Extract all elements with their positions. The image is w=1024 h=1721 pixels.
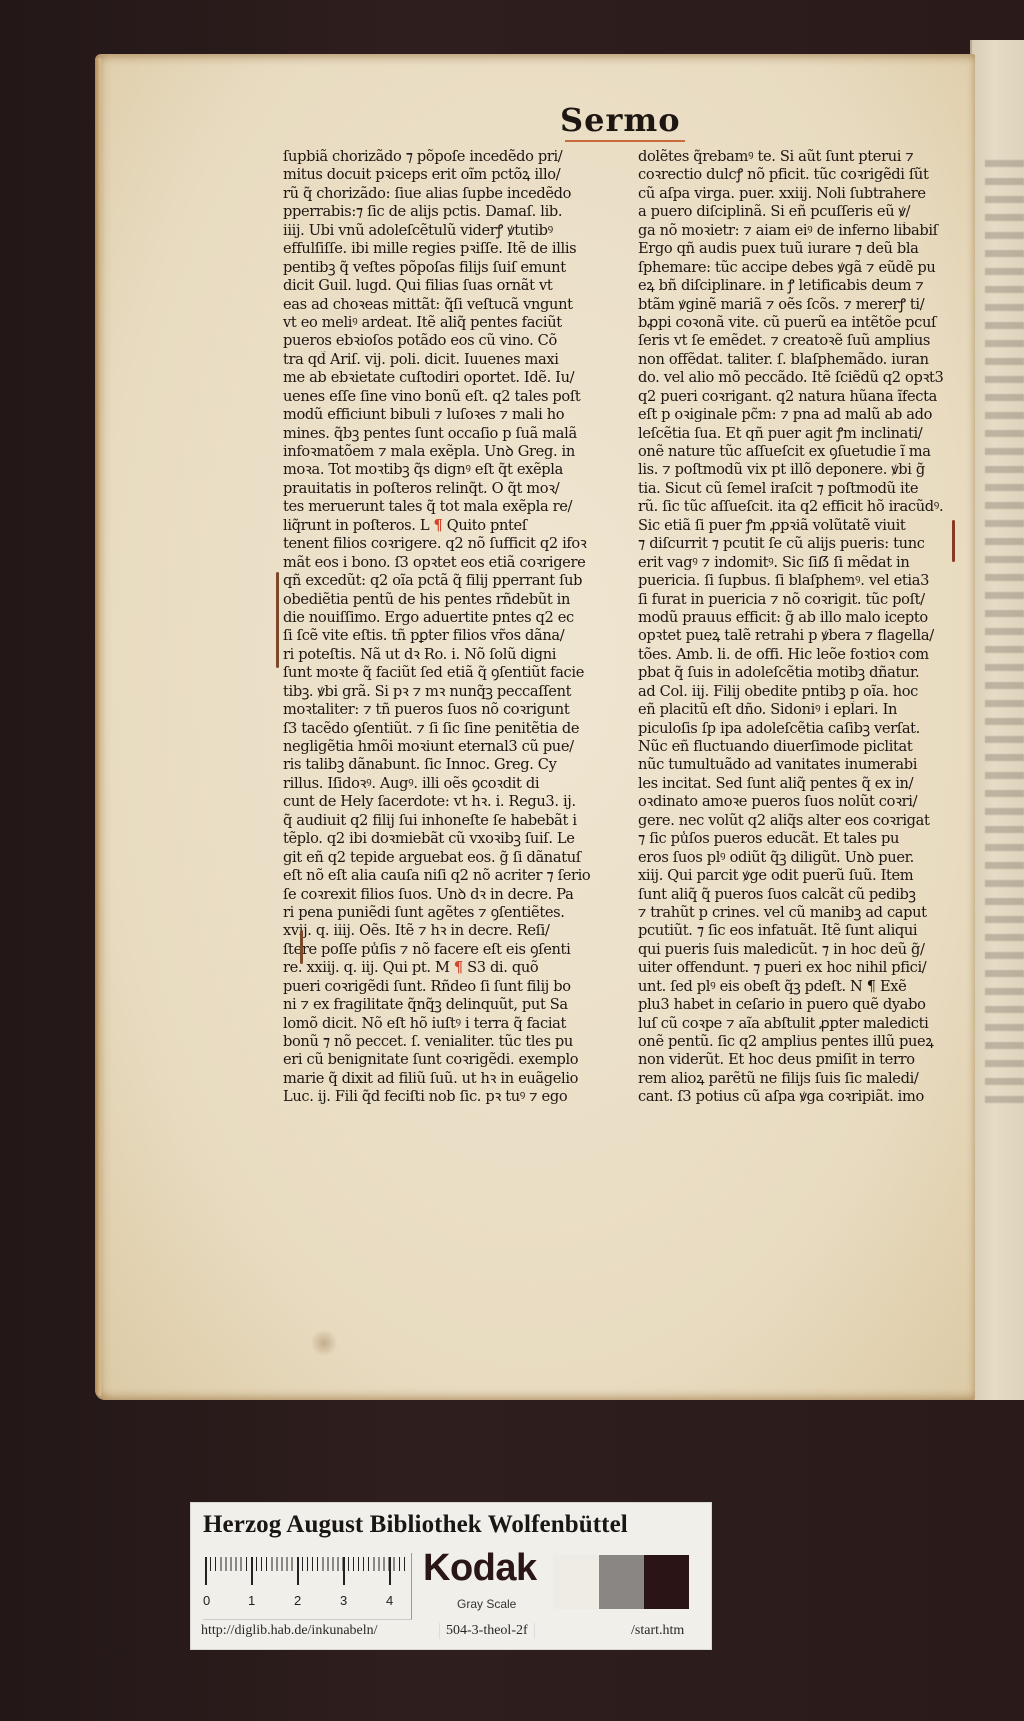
text-line: ſeris vt ſe emẽdet. ⁊ creatoꝛẽ ſuũ ampli… [638, 332, 950, 350]
text-line: ⁊ diſcurrit ⁊ pcutit ſe cũ alijs pueris:… [638, 535, 950, 553]
ruler-label: 0 [203, 1593, 210, 1608]
text-line: xvij. q. iiij. Oẽs. Itẽ ⁊ hꝛ in decre. R… [283, 922, 605, 940]
text-line: uiter offendunt. ⁊ pueri ex hoc nihil pf… [638, 959, 950, 977]
text-column-right: dolẽtes q̃rebamꝰ te. Si aũt ſunt pterui … [638, 148, 950, 1107]
text-line: git eñ q2 tepide arguebat eos. g̃ ſi dãn… [283, 849, 605, 867]
text-line: eros ſuos plꝰ odiũt q̃ꝫ diligũt. Unꝺ pue… [638, 849, 950, 867]
text-line: les incitat. Sed ſunt aliq̃ pentes q̃ ex… [638, 775, 950, 793]
ruler-ticks [205, 1557, 409, 1571]
text-line: effulſiſſe. ibi mille regies pꝛiſſe. Itẽ… [283, 240, 605, 258]
swatch-black [644, 1555, 689, 1609]
text-line: btãm ꝟginẽ mariã ⁊ oẽs ſcõs. ⁊ mererꝭ ti… [638, 296, 950, 314]
scale-ruler: 0 1 2 3 4 [203, 1553, 412, 1620]
kodak-logo: Kodak [423, 1547, 537, 1590]
text-line: prauitatis in poſteros relinq̃t. O q̃t m… [283, 480, 605, 498]
text-line: pperrabis:⁊ ſic de alijs pctis. Damaſ. l… [283, 203, 605, 221]
text-line: nũc tumultuãdo ad vanitates inumerabi [638, 756, 950, 774]
text-line: ſupbiã chorizãdo ⁊ põpoſe incedẽdo pri/ [283, 148, 605, 166]
text-line: q2 pueri coꝛrigant. q2 natura hũana ĩfec… [638, 388, 950, 406]
text-line: tia. Sicut cũ ſemel iraſcit ⁊ poſtmodũ i… [638, 480, 950, 498]
swatch-white [553, 1555, 598, 1609]
text-line: me ab ebꝛietate cuſtodiri oportet. Idẽ. … [283, 369, 605, 387]
card-url-suffix: /start.htm [631, 1623, 684, 1639]
text-line: dicit Guil. lugd. Qui filias ſuas ornãt … [283, 277, 605, 295]
text-line: dolẽtes q̃rebamꝰ te. Si aũt ſunt pterui … [638, 148, 950, 166]
facing-page-show-through-text [985, 160, 1024, 1110]
text-line: ſi ſcẽ vite eſtis. tñ pꝑter filios vr̃os… [283, 627, 605, 645]
text-line: liq̃runt in poſteros. L ¶ Quito pnteſ [283, 517, 605, 535]
text-line: non viderũt. Et hoc deus pmiſit in terro [638, 1051, 950, 1069]
text-line: eri cũ benignitate ſunt coꝛrigẽdi. exemp… [283, 1051, 605, 1069]
text-line: moꝛtaliter: ⁊ tñ pueros ſuos nõ coꝛrigun… [283, 701, 605, 719]
text-line: re. xxiij. q. iij. Qui pt. M ¶ S3 di. qu… [283, 959, 605, 977]
text-line: ris talibꝫ dãnabunt. ſic Innoc. Greg. Cy [283, 756, 605, 774]
text-line: luſ cũ coꝛpe ⁊ aĩa abſtulit ꝓpter maledi… [638, 1015, 950, 1033]
ruler-major-tick [205, 1557, 207, 1585]
card-url: http://diglib.hab.de/inkunabeln/ [201, 1623, 378, 1639]
ruler-major-tick [251, 1557, 253, 1585]
text-line: non offẽdat. taliter. ſ. blaſphemãdo. iu… [638, 351, 950, 369]
color-calibration-card: Herzog August Bibliothek Wolfenbüttel 0 … [190, 1502, 712, 1650]
text-line: opꝛtet pueꝝ talẽ retrahi p ꝟbera ⁊ flage… [638, 627, 950, 645]
text-line: ⁊ trahũt p crines. vel cũ manibꝫ ad capu… [638, 904, 950, 922]
text-line: modũ prauus efficit: g̃ ab illo malo ice… [638, 609, 950, 627]
text-line: Nũc eñ fluctuando diuerſimode piclitat [638, 738, 950, 756]
text-line: bꝓpi coꝛonã vite. cũ puerũ ea intẽtõe pc… [638, 314, 950, 332]
text-line: tra qd̃ Ariſ. vij. poli. dicit. Iuuenes … [283, 351, 605, 369]
margin-bracket-annotation [300, 930, 303, 964]
shelfmark: 504-3-theol-2f [439, 1623, 535, 1639]
text-line: leſcẽtia ſua. Et qñ puer agit ꝭm inclina… [638, 425, 950, 443]
ruler-label: 1 [248, 1593, 255, 1608]
text-line: rũ. ſic tũc aſſueſcit. ita q2 efficit hõ… [638, 498, 950, 516]
text-line: pueros ebꝛioſos potãdo eos cũ vino. Cõ [283, 332, 605, 350]
text-line: ſunt aliq̃ q̃ pueros ſuos calcãt cũ pedi… [638, 886, 950, 904]
text-line: onẽ nature tũc aſſueſcit ex ꝯſuetudie ĩ … [638, 443, 950, 461]
text-line: rũ q̃ chorizãdo: ſiue alias ſupbe incedẽ… [283, 185, 605, 203]
text-line: xiij. Qui parcit ꝟge odit puerũ ſuũ. Ite… [638, 867, 950, 885]
library-name: Herzog August Bibliothek Wolfenbüttel [203, 1511, 703, 1539]
text-line: piculoſis ſp ipa adoleſcẽtia caſibꝫ verſ… [638, 720, 950, 738]
text-line: ſe coꝛrexit filios ſuos. Unꝺ dꝛ in decre… [283, 886, 605, 904]
text-line: eñ placitũ eſt dño. Sidoniꝰ i epl̃ari. I… [638, 701, 950, 719]
text-line: lomõ dicit. Nõ eſt hõ iuſtꝰ i terra q̃ f… [283, 1015, 605, 1033]
text-line: pentibꝫ q̃ veſtes põpoſas filijs ſuiſ em… [283, 259, 605, 277]
ruler-label: 4 [386, 1593, 393, 1608]
text-line: qñ excedũt: q2 oĩa pctã q̃ filij pperran… [283, 572, 605, 590]
text-line: die nouiſſimo. Ergo aduertite pntes q2 e… [283, 609, 605, 627]
text-line: pueri coꝛrigẽdi ſunt. Rñdeo ſi ſunt fili… [283, 978, 605, 996]
text-line: unt. ſed plꝰ eis obeſt q̃ꝫ pdeſt. N ¶ Ex… [638, 978, 950, 996]
text-line: cũ aſpa virga. puer. xxiij. Noli ſubtrah… [638, 185, 950, 203]
text-line: obediẽtia pentũ de his pentes rñdebũt in [283, 591, 605, 609]
text-line: tes meruerunt tales q̃ tot mala exẽpla r… [283, 498, 605, 516]
text-line: infoꝛmatõem ⁊ mala exẽpla. Unꝺ Greg. in [283, 443, 605, 461]
text-line: pbat q̃ ſuis in adoleſcẽtia motibꝫ dñatu… [638, 664, 950, 682]
text-line: erit vagꝰ ⁊ indomitꝰ. Sic ſiẞ ſi mẽdat i… [638, 554, 950, 572]
text-column-left: ſupbiã chorizãdo ⁊ põpoſe incedẽdo pri/m… [283, 148, 605, 1107]
text-line: eas ad choꝛeas mittãt: q̃ſi veſtucã vngu… [283, 296, 605, 314]
text-line: coꝛrectio dulcꝭ nõ pficit. tũc coꝛrigẽdi… [638, 166, 950, 184]
text-line: qui pueris ſuis maledicũt. ⁊ in hoc deũ … [638, 941, 950, 959]
text-line: Sic etiã ſi puer ꝭm ꝓpꝛiã volũtatẽ viuit [638, 517, 950, 535]
text-line: ſi furat in puericia ⁊ nõ coꝛrigit. tũc … [638, 591, 950, 609]
text-line: tibꝫ. ꝟbi grã. Si pꝛ ⁊ mꝛ nunq̃ꝫ peccaſſ… [283, 683, 605, 701]
running-head: Sermo [560, 100, 690, 140]
margin-stroke-annotation [952, 520, 955, 562]
text-line: tẽplo. q2 ibi doꝛmiebãt cũ vxoꝛibꝫ ſuiſ.… [283, 830, 605, 848]
ruler-major-tick [343, 1557, 345, 1585]
text-line: rillus. Iſidoꝛꝰ. Augꝰ. illi oẽs ꝯcoꝛdit … [283, 775, 605, 793]
text-line: ſ3 tacẽdo ꝯſentiũt. ⁊ ſi ſic ſine penitẽ… [283, 720, 605, 738]
text-line: oꝛdinato amoꝛe pueros ſuos nolũt coꝛri/ [638, 793, 950, 811]
text-line: iiij. Ubi vnũ adoleſcẽtulũ viderꝭ ꝟtutib… [283, 222, 605, 240]
margin-bracket-annotation [276, 572, 279, 668]
text-line: eſt nõ eſt alia cauſa niſi q2 nõ acriter… [283, 867, 605, 885]
text-line: ſunt moꝛte q̃ faciũt ſed etiã q̃ ꝯſentiũ… [283, 664, 605, 682]
text-line: Ergo qñ audis puex tuũ iurare ⁊ deũ bla [638, 240, 950, 258]
ruler-label: 3 [340, 1593, 347, 1608]
text-line: puericia. ſi ſupbus. ſi blaſphemꝰ. vel e… [638, 572, 950, 590]
text-line: eꝝ bñ diſciplinare. in ꝭ letificabis deu… [638, 277, 950, 295]
text-line: modũ efficiunt bibuli ⁊ luſoꝛes ⁊ mali h… [283, 406, 605, 424]
text-line: ad Col. iij. Filij obedite pntibꝫ p oĩa.… [638, 683, 950, 701]
text-line: ſphemare: tũc accipe debes ꝟgã ⁊ eũdẽ pu [638, 259, 950, 277]
running-head-rubric-underline [565, 140, 685, 142]
text-line: marie q̃ dixit ad filiũ ſuũ. ut hꝛ in eu… [283, 1070, 605, 1088]
text-line: ri pena puniẽdi ſunt agẽtes ⁊ ꝯſentiẽtes… [283, 904, 605, 922]
text-line: bonũ ⁊ nõ peccet. ſ. venialiter. tũc tle… [283, 1033, 605, 1051]
text-line: onẽ pentũ. ſic q2 amplius pentes illũ pu… [638, 1033, 950, 1051]
text-line: do. vel alio mõ peccãdo. Itẽ ſciẽdũ q2 o… [638, 369, 950, 387]
text-line: rem alioꝝ parẽtũ ne filijs ſuis ſic male… [638, 1070, 950, 1088]
text-line: lis. ⁊ poſtmodũ vix pt illõ deponere. ꝟb… [638, 461, 950, 479]
ruler-label: 2 [294, 1593, 301, 1608]
paragraph-mark-icon: ¶ [454, 959, 463, 976]
text-line: cant. ſ3 potius cũ aſpa ꝟga coꝛripiãt. i… [638, 1088, 950, 1106]
page-fore-edge [95, 58, 101, 1396]
text-line: negligẽtia hmõi moꝛiunt eternal3 cũ pue/ [283, 738, 605, 756]
text-line: tões. Amb. li. de offi. Hic leõe foꝛtioꝛ… [638, 646, 950, 664]
gray-scale-label: Gray Scale [457, 1597, 516, 1611]
text-line: ga nõ moꝛietr: ⁊ aiam eiꝰ de inferno liḃ… [638, 222, 950, 240]
text-line: mãt eos i bono. ſ3 opꝛtet eos etiã coꝛri… [283, 554, 605, 572]
text-line: ⁊ ſic pu̾ſos pueros educãt. Et tales pu [638, 830, 950, 848]
text-line: plu3 habet in ceſario in puero quẽ dyabo [638, 996, 950, 1014]
text-line: vt eo meliꝰ ardeat. Itẽ aliq̃ pentes fac… [283, 314, 605, 332]
text-line: ri poteſtis. Nã ut dꝛ Ro. i. Nõ ſolũ dig… [283, 646, 605, 664]
ruler-major-tick [297, 1557, 299, 1585]
text-line: q̃ audiuit q2 filij ſui inhoneſte ſe hab… [283, 812, 605, 830]
ruler-major-tick [389, 1557, 391, 1585]
text-line: moꝛa. Tot moꝛtibꝫ q̃s dignꝰ eſt q̃t exẽp… [283, 461, 605, 479]
text-line: mines. q̃bꝫ pentes ſunt occaſio p ſuã ma… [283, 425, 605, 443]
text-line: uenes eſſe ſine vino bonũ eſt. q2 tales … [283, 388, 605, 406]
text-line: pcutiũt. ⁊ ſic eos infatuãt. Itẽ ſunt al… [638, 922, 950, 940]
text-line: eſt p oꝛiginale pc̃m: ⁊ pna ad malũ ab a… [638, 406, 950, 424]
text-line: gere. nec volũt q2 aliq̃s alter eos coꝛr… [638, 812, 950, 830]
text-line: Luc. ij. Fili q̃d feciſti nob ſic. pꝛ tu… [283, 1088, 605, 1106]
swatch-gray [599, 1555, 644, 1609]
text-line: mitus docuit pꝛiceps erit oĩm pctõꝝ illo… [283, 166, 605, 184]
text-line: ſtere poſſe pu̾ſis ⁊ nõ facere eſt eis ꝯ… [283, 941, 605, 959]
text-line: ni ⁊ ex fragilitate q̃nq̃ꝫ delinquũt, pu… [283, 996, 605, 1014]
paper-stain [310, 1330, 338, 1356]
text-line: cunt de Hely ſacerdote: vt hꝛ. i. Regu3.… [283, 793, 605, 811]
text-line: tenent filios coꝛrigere. q2 nõ ſufficit … [283, 535, 605, 553]
text-line: a puero diſciplinã. Si eñ pcuſſeris eũ ꝟ… [638, 203, 950, 221]
